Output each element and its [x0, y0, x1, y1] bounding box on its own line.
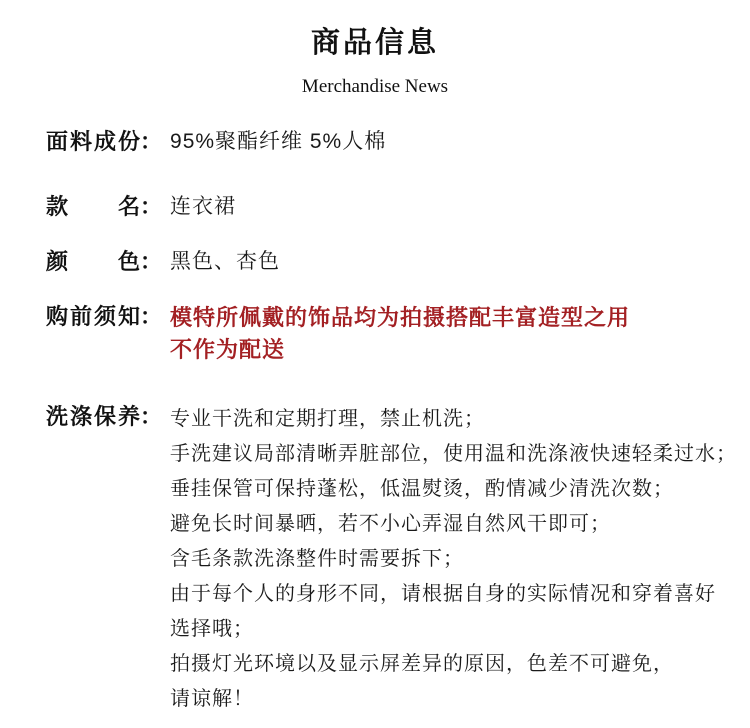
- care-line: 请谅解！: [170, 682, 737, 717]
- style-name-label: 款名: [46, 192, 140, 221]
- care-line: 含毛条款洗涤整件时需要拆下；: [170, 542, 737, 577]
- product-info-page: 商品信息 Merchandise News 面料成份： 95%聚酯纤维 5%人棉…: [0, 0, 750, 728]
- field-color: 颜色： 黑色、杏色: [46, 247, 280, 276]
- care-instructions-colon: ：: [140, 402, 162, 431]
- color-colon: ：: [140, 247, 162, 276]
- fabric-composition-label: 面料成份: [46, 127, 140, 156]
- notice-line: 模特所佩戴的饰品均为拍摄搭配丰富造型之用: [170, 302, 630, 334]
- purchase-notice-text: 模特所佩戴的饰品均为拍摄搭配丰富造型之用 不作为配送: [170, 302, 630, 366]
- care-line: 垂挂保管可保持蓬松，低温熨烫，酌情减少清洗次数；: [170, 472, 737, 507]
- color-value: 黑色、杏色: [170, 247, 280, 276]
- care-line: 专业干洗和定期打理，禁止机洗；: [170, 402, 737, 437]
- page-subtitle: Merchandise News: [0, 76, 750, 98]
- field-fabric-composition: 面料成份： 95%聚酯纤维 5%人棉: [46, 127, 386, 156]
- page-header: 商品信息 Merchandise News: [0, 20, 750, 98]
- field-purchase-notice: 购前须知： 模特所佩戴的饰品均为拍摄搭配丰富造型之用 不作为配送: [46, 302, 630, 366]
- care-line: 拍摄灯光环境以及显示屏差异的原因，色差不可避免，: [170, 647, 737, 682]
- care-line: 手洗建议局部清晰弄脏部位，使用温和洗涤液快速轻柔过水；: [170, 437, 737, 472]
- fabric-composition-colon: ：: [140, 127, 162, 156]
- care-instructions-text: 专业干洗和定期打理，禁止机洗； 手洗建议局部清晰弄脏部位，使用温和洗涤液快速轻柔…: [170, 402, 737, 717]
- fabric-composition-value: 95%聚酯纤维 5%人棉: [170, 127, 386, 156]
- color-label: 颜色: [46, 247, 140, 276]
- page-title: 商品信息: [0, 20, 750, 61]
- field-care-instructions: 洗涤保养： 专业干洗和定期打理，禁止机洗； 手洗建议局部清晰弄脏部位，使用温和洗…: [46, 402, 737, 717]
- field-style-name: 款名： 连衣裙: [46, 192, 236, 221]
- purchase-notice-label: 购前须知: [46, 302, 140, 331]
- care-line: 避免长时间暴晒，若不小心弄湿自然风干即可；: [170, 507, 737, 542]
- style-name-colon: ：: [140, 192, 162, 221]
- notice-line: 不作为配送: [170, 334, 630, 366]
- care-line: 由于每个人的身形不同，请根据自身的实际情况和穿着喜好: [170, 577, 737, 612]
- care-instructions-label: 洗涤保养: [46, 402, 140, 431]
- purchase-notice-colon: ：: [140, 302, 162, 331]
- care-line: 选择哦；: [170, 612, 737, 647]
- style-name-value: 连衣裙: [170, 192, 236, 221]
